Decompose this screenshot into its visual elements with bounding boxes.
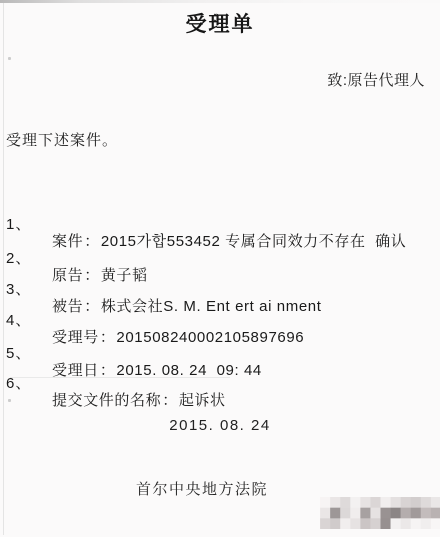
pixelated-redaction-watermark [320,497,440,529]
court-name: 首尔中央地方法院 [0,478,422,499]
item-value: 起诉状 [179,392,226,409]
item-text: 提交文件的名称：起诉状 [52,389,438,410]
item-label: 提交文件的名称 [52,392,161,409]
item-number: 6、 [6,372,31,393]
acceptance-form-document: 受理单 致:原告代理人 受理下述案件。 1、 案件：2015가합553452 专… [0,0,440,537]
document-title: 受理单 [0,8,440,38]
item-separator: ： [161,392,179,409]
submitted-document-item-row: 6、 提交文件的名称：起诉状 [0,355,440,423]
intro-line: 受理下述案件。 [6,129,118,150]
scan-speck [8,57,11,60]
scan-edge-smudge [0,0,440,3]
document-date: 2015. 08. 24 [0,417,440,434]
addressee-line: 致:原告代理人 [327,69,425,90]
